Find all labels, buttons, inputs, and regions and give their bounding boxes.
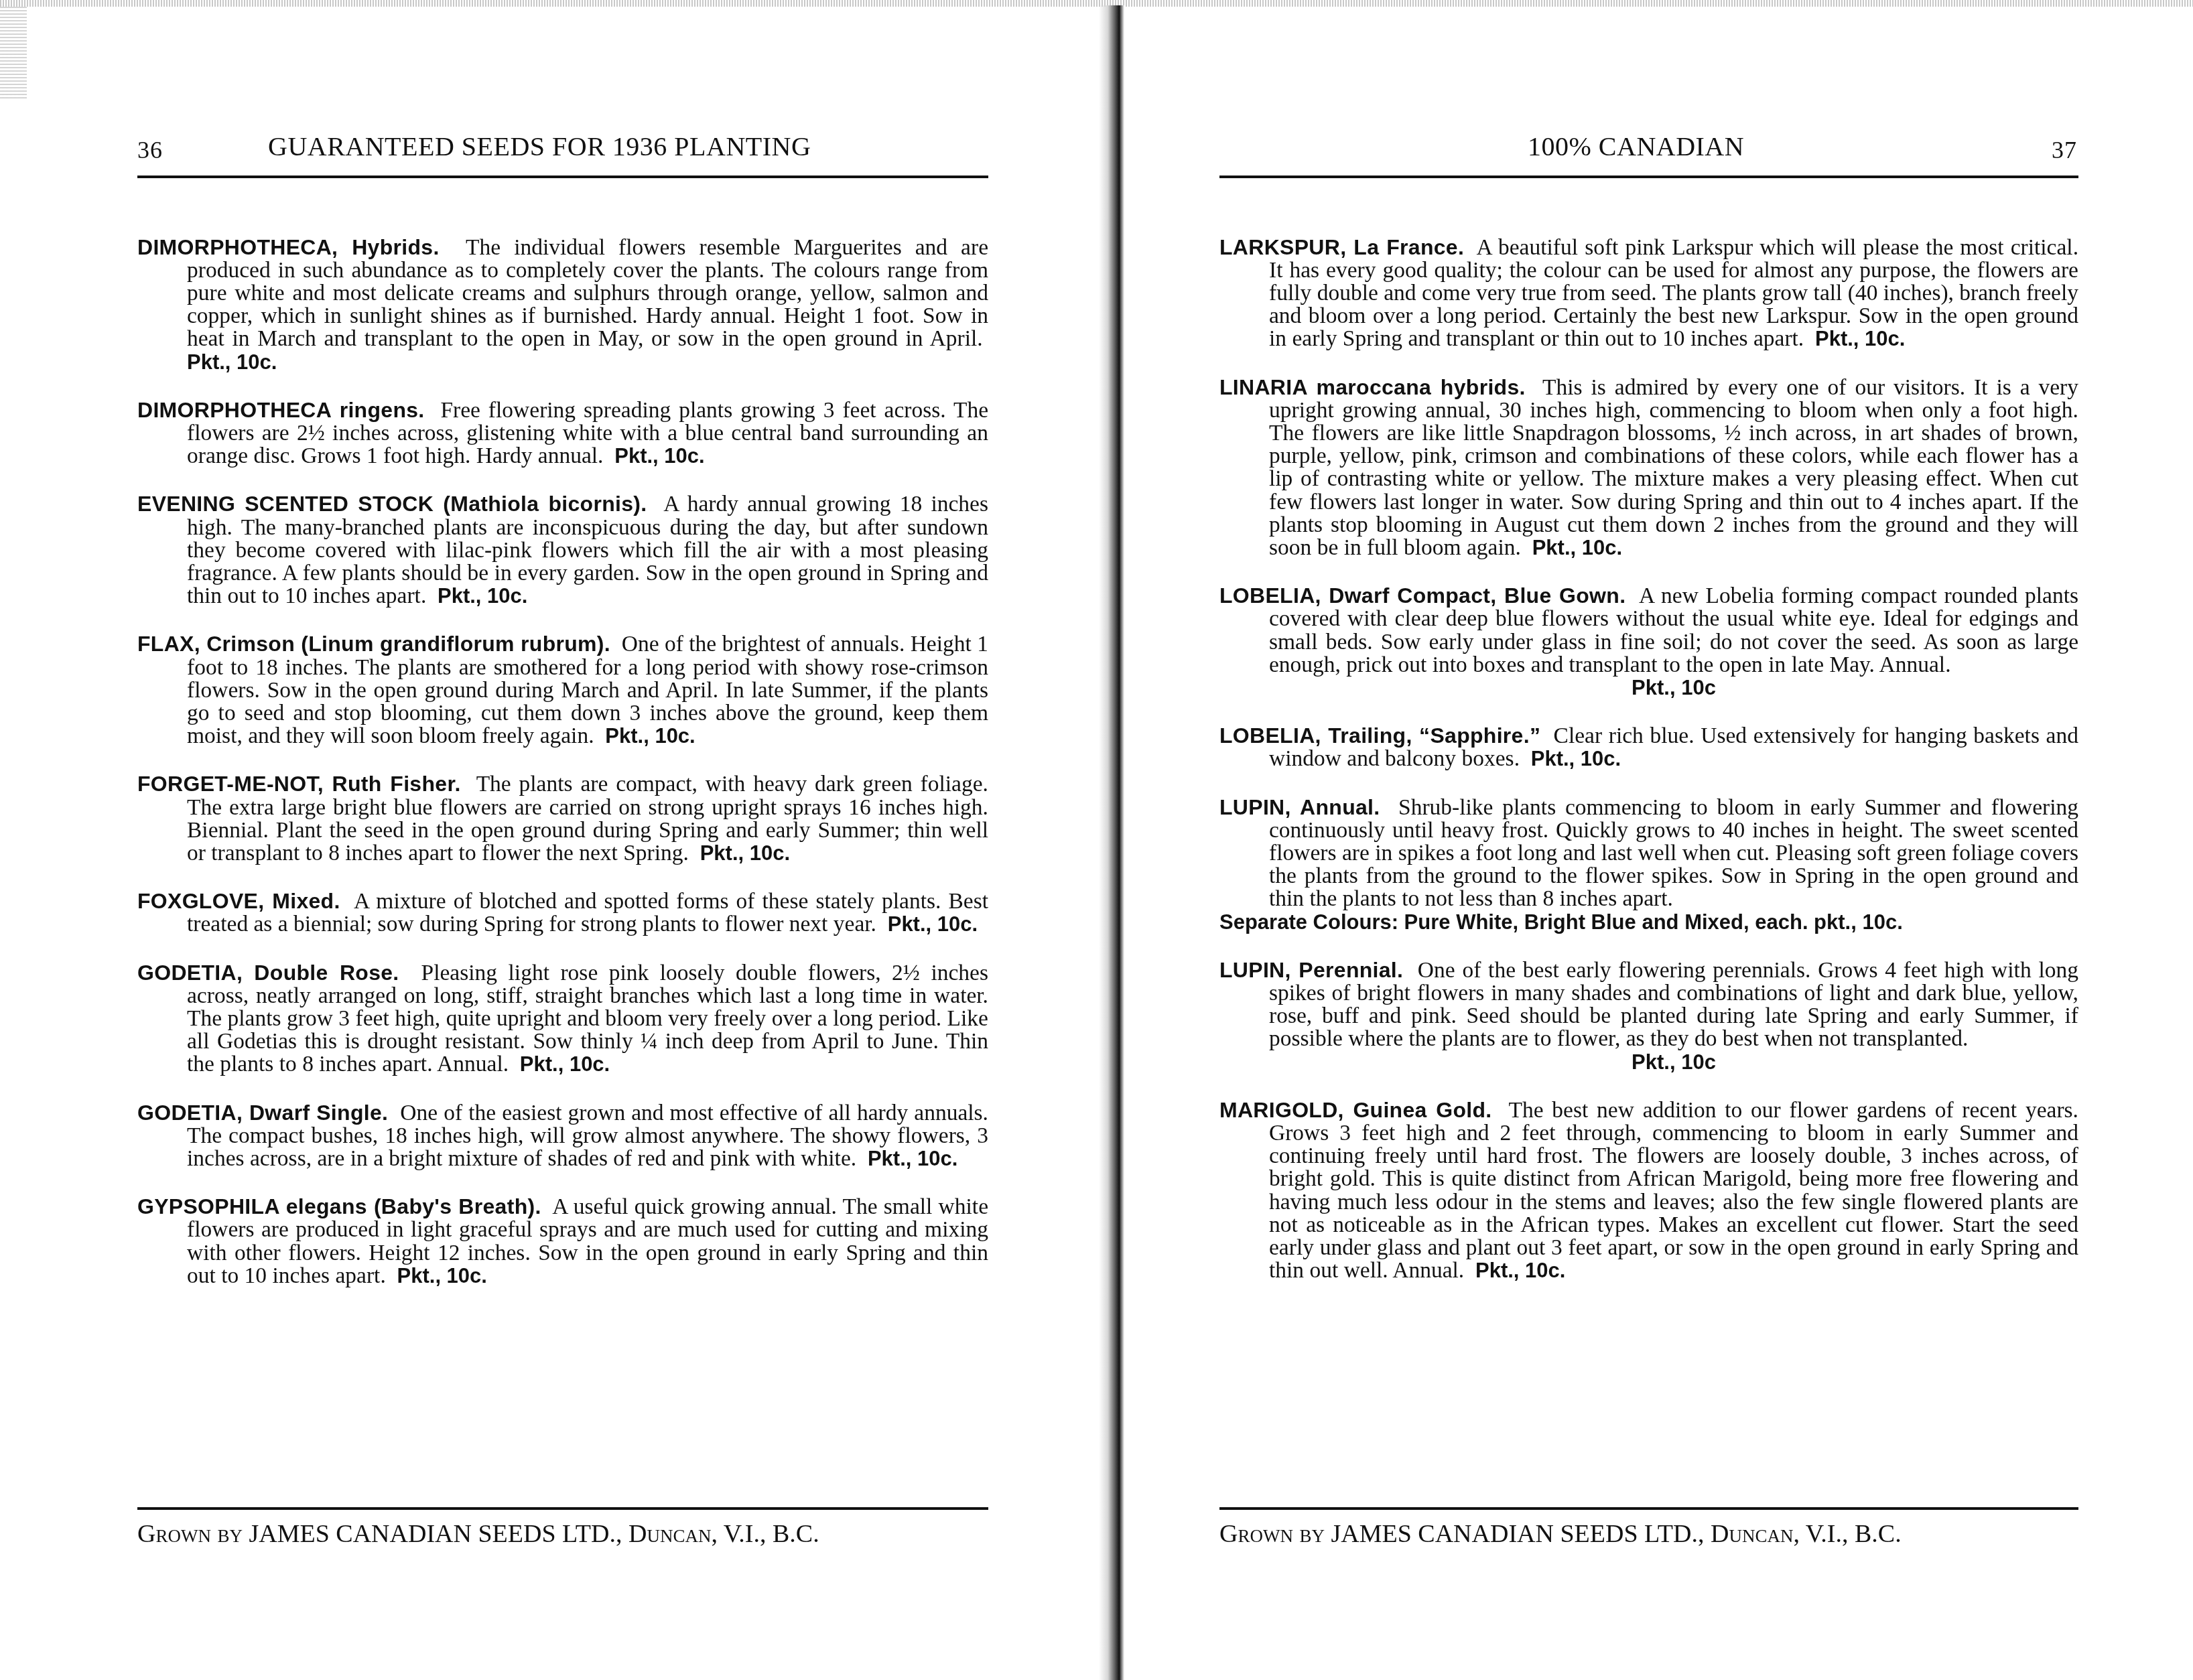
header-rule xyxy=(1219,176,2078,178)
entry-name: GODETIA, Dwarf Single. xyxy=(137,1101,388,1125)
footer-town: Duncan, xyxy=(1711,1520,1800,1548)
entry-name: LOBELIA, Dwarf Compact, Blue Gown. xyxy=(1219,583,1625,608)
entry-price: Pkt., 10c. xyxy=(397,1264,487,1287)
catalog-entry: GYPSOPHILA elegans (Baby's Breath). A us… xyxy=(137,1195,988,1287)
entry-name: LUPIN, Annual. xyxy=(1219,795,1380,819)
header-rule xyxy=(137,176,988,178)
catalog-entry: FOXGLOVE, Mixed. A mixture of blotched a… xyxy=(137,890,988,936)
entry-name: LARKSPUR, La France. xyxy=(1219,235,1464,259)
footer-rule xyxy=(137,1507,988,1510)
catalog-entry: GODETIA, Dwarf Single. One of the easies… xyxy=(137,1101,988,1171)
footer-town: Duncan, xyxy=(628,1520,718,1548)
catalog-entry: MARIGOLD, Guinea Gold. The best new addi… xyxy=(1219,1099,2078,1283)
entry-name: EVENING SCENTED STOCK (Mathiola bicornis… xyxy=(137,492,647,516)
catalog-entry: DIMORPHOTHECA ringens. Free flowering sp… xyxy=(137,399,988,468)
entry-price: Pkt., 10c. xyxy=(868,1147,957,1170)
catalog-entry: LUPIN, Perennial. One of the best early … xyxy=(1219,959,2078,1074)
catalog-entry: EVENING SCENTED STOCK (Mathiola bicornis… xyxy=(137,492,988,608)
entry-price: Pkt., 10c. xyxy=(1531,747,1621,770)
entry-name: LINARIA maroccana hybrids. xyxy=(1219,375,1526,399)
entry-name: MARIGOLD, Guinea Gold. xyxy=(1219,1098,1492,1122)
entry-separate-colours: Separate Colours: Pure White, Bright Blu… xyxy=(1269,911,2078,934)
entry-price: Pkt., 10c. xyxy=(888,912,978,936)
entry-description: The best new addition to our flower gard… xyxy=(1269,1098,2078,1283)
entry-description: This is admired by every one of our visi… xyxy=(1269,375,2078,560)
footer-grown-by: Grown by xyxy=(137,1520,243,1548)
running-header: 36 GUARANTEED SEEDS FOR 1936 PLANTING xyxy=(137,131,988,171)
page-footer: Grown by JAMES CANADIAN SEEDS LTD., Dunc… xyxy=(1219,1519,2078,1549)
footer-region: V.I., B.C. xyxy=(724,1520,819,1548)
footer-company: JAMES CANADIAN SEEDS LTD., xyxy=(1331,1520,1704,1548)
entry-name: LUPIN, Perennial. xyxy=(1219,958,1403,982)
entry-name: GODETIA, Double Rose. xyxy=(137,961,399,985)
catalog-entry: LOBELIA, Dwarf Compact, Blue Gown. A new… xyxy=(1219,584,2078,699)
catalog-entry: GODETIA, Double Rose. Pleasing light ros… xyxy=(137,961,988,1076)
entry-price: Pkt., 10c. xyxy=(605,724,695,748)
catalog-entry: LARKSPUR, La France. A beautiful soft pi… xyxy=(1219,236,2078,351)
running-title: GUARANTEED SEEDS FOR 1936 PLANTING xyxy=(268,131,811,162)
entry-name: FORGET-ME-NOT, Ruth Fisher. xyxy=(137,772,461,796)
entry-price: Pkt., 10c xyxy=(1269,1051,2078,1074)
entry-price: Pkt., 10c xyxy=(1269,677,2078,699)
entry-price: Pkt., 10c. xyxy=(438,584,527,608)
entry-description: Shrub-like plants commencing to bloom in… xyxy=(1269,795,2078,912)
page-number: 37 xyxy=(2052,136,2077,164)
catalog-entry: DIMORPHOTHECA, Hybrids. The individual f… xyxy=(137,236,988,374)
catalog-entry: FLAX, Crimson (Linum grandiflorum rubrum… xyxy=(137,632,988,748)
entry-name: DIMORPHOTHECA ringens. xyxy=(137,398,425,422)
footer-company: JAMES CANADIAN SEEDS LTD., xyxy=(249,1520,622,1548)
entry-name: GYPSOPHILA elegans (Baby's Breath). xyxy=(137,1194,541,1218)
entry-price: Pkt., 10c. xyxy=(614,444,704,468)
entry-price: Pkt., 10c. xyxy=(187,350,277,374)
entry-name: LOBELIA, Trailing, “Sapphire.” xyxy=(1219,723,1540,748)
left-page: 36 GUARANTEED SEEDS FOR 1936 PLANTING DI… xyxy=(137,0,988,1680)
catalog-entry: LUPIN, Annual. Shrub-like plants commenc… xyxy=(1219,796,2078,934)
catalog-entry: LOBELIA, Trailing, “Sapphire.” Clear ric… xyxy=(1219,724,2078,770)
page-footer: Grown by JAMES CANADIAN SEEDS LTD., Dunc… xyxy=(137,1519,988,1549)
running-header: 100% CANADIAN 37 xyxy=(1219,131,2078,171)
entry-price: Pkt., 10c. xyxy=(1815,327,1905,350)
entry-name: DIMORPHOTHECA, Hybrids. xyxy=(137,235,440,259)
entry-price: Pkt., 10c. xyxy=(520,1052,610,1076)
catalog-entry: LINARIA maroccana hybrids. This is admir… xyxy=(1219,376,2078,560)
footer-rule xyxy=(1219,1507,2078,1510)
catalog-entry: FORGET-ME-NOT, Ruth Fisher. The plants a… xyxy=(137,772,988,865)
entry-name: FLAX, Crimson (Linum grandiflorum rubrum… xyxy=(137,632,610,656)
page-number: 36 xyxy=(137,136,163,164)
footer-region: V.I., B.C. xyxy=(1806,1520,1902,1548)
catalog-entries: DIMORPHOTHECA, Hybrids. The individual f… xyxy=(137,213,988,1312)
entry-price: Pkt., 10c. xyxy=(700,841,790,865)
book-spine-gutter xyxy=(1099,5,1124,1680)
catalog-entries: LARKSPUR, La France. A beautiful soft pi… xyxy=(1219,213,2078,1307)
running-title: 100% CANADIAN xyxy=(1528,131,1744,162)
entry-price: Pkt., 10c. xyxy=(1532,536,1622,559)
scan-left-edge-noise xyxy=(0,7,27,100)
right-page: 100% CANADIAN 37 LARKSPUR, La France. A … xyxy=(1219,0,2078,1680)
footer-grown-by: Grown by xyxy=(1219,1520,1325,1548)
entry-name: FOXGLOVE, Mixed. xyxy=(137,889,340,913)
entry-price: Pkt., 10c. xyxy=(1475,1259,1565,1282)
